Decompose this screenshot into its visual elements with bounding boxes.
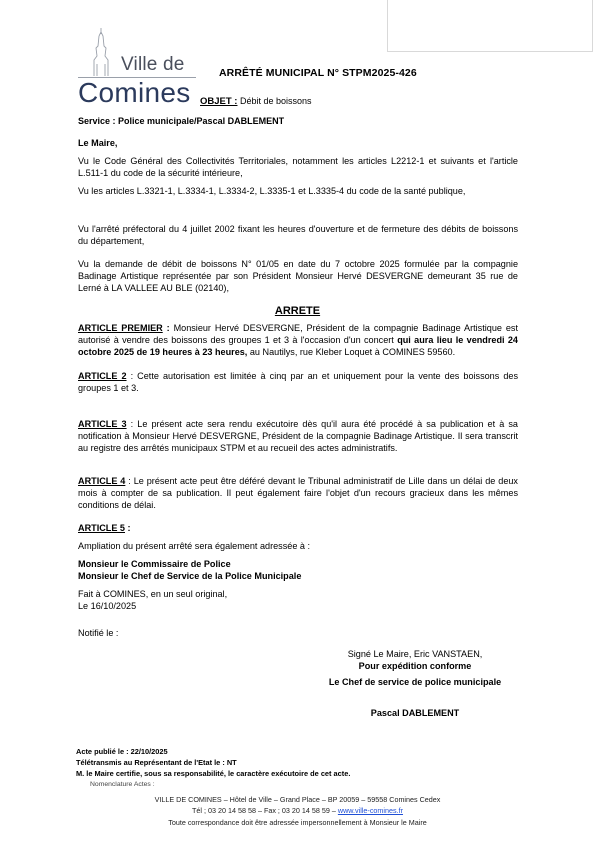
publication-date: Acte publié le : 22/10/2025 [76, 747, 168, 757]
ampliation: Ampliation du présent arrêté sera égalem… [78, 541, 518, 553]
fait-a: Fait à COMINES, en un seul original, [78, 589, 518, 601]
article-4: ARTICLE 4 : Le présent acte peut être dé… [78, 476, 518, 511]
signature-line-3: Le Chef de service de police municipale [290, 676, 540, 688]
church-spire-icon [86, 26, 116, 78]
article-2-label: ARTICLE 2 [78, 371, 127, 381]
logo-line2: Comines [78, 79, 191, 107]
signature-line-2: Pour expédition conforme [290, 660, 540, 672]
visa-3: Vu l'arrêté préfectoral du 4 juillet 200… [78, 224, 518, 248]
signatory-name: Pascal DABLEMENT [290, 707, 540, 719]
footer-notice: Toute correspondance doit être adressée … [0, 818, 595, 829]
article-3-label: ARTICLE 3 [78, 419, 127, 429]
footer-address: VILLE DE COMINES – Hôtel de Ville – Gran… [0, 795, 595, 806]
article-5: ARTICLE 5 : [78, 523, 518, 535]
recipient-2: Monsieur le Chef de Service de la Police… [78, 571, 518, 583]
article-1-label: ARTICLE PREMIER [78, 323, 163, 333]
stamp-box [387, 0, 593, 52]
visa-1: Vu le Code Général des Collectivités Ter… [78, 156, 518, 180]
signature-line-1: Signé Le Maire, Eric VANSTAEN, [290, 648, 540, 660]
footer-contact: Tél ; 03 20 14 58 58 – Fax ; 03 20 14 58… [0, 806, 595, 817]
article-5-label: ARTICLE 5 [78, 523, 125, 533]
arrete-heading: ARRETE [0, 305, 595, 317]
teletransmission: Télétransmis au Représentant de l'Etat l… [76, 758, 237, 768]
visa-2: Vu les articles L.3321-1, L.3334-1, L.33… [78, 186, 518, 198]
objet-line: OBJET : Débit de boissons [200, 96, 312, 107]
le-maire: Le Maire, [78, 138, 518, 150]
certification: M. le Maire certifie, sous sa responsabi… [76, 769, 350, 779]
logo: Ville de Comines [78, 26, 198, 108]
logo-line1: Ville de [121, 54, 185, 76]
article-1: ARTICLE PREMIER : Monsieur Hervé DESVERG… [78, 323, 518, 358]
recipient-1: Monsieur le Commissaire de Police [78, 559, 518, 571]
notifie-le: Notifié le : [78, 628, 518, 640]
article-4-label: ARTICLE 4 [78, 476, 125, 486]
visa-4: Vu la demande de débit de boissons N° 01… [78, 259, 518, 294]
website-link[interactable]: www.ville-comines.fr [338, 806, 403, 815]
date: Le 16/10/2025 [78, 601, 518, 613]
nomenclature: Nomenclature Actes : [90, 781, 155, 788]
objet-label: OBJET : [200, 96, 237, 107]
article-3: ARTICLE 3 : Le présent acte sera rendu e… [78, 419, 518, 454]
article-2: ARTICLE 2 : Cette autorisation est limit… [78, 371, 518, 395]
objet-value: Débit de boissons [237, 96, 311, 106]
document-title: ARRÊTÉ MUNICIPAL N° STPM2025-426 [219, 67, 417, 79]
service-line: Service : Police municipale/Pascal DABLE… [78, 116, 284, 126]
